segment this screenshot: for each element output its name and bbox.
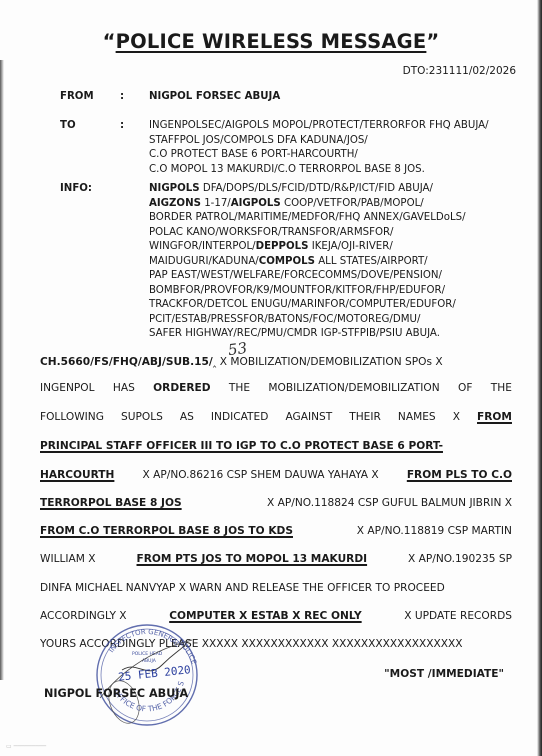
- scanner-watermark-icon: ▭ ─────────: [6, 743, 46, 750]
- document-page: “POLICE WIRELESS MESSAGE” DTO:231111/02/…: [0, 0, 542, 756]
- signatory-name: NIGPOL FORSEC ABUJA: [44, 687, 188, 700]
- message-line: HARCOURTH X AP/NO.86216 CSP SHEM DAUWA Y…: [40, 469, 512, 481]
- message-line: INGENPOLHASORDEREDTHEMOBILIZATION/DEMOBI…: [40, 382, 512, 394]
- svg-text:ABUJA: ABUJA: [142, 658, 157, 664]
- info-line: AIGZONS 1-17/AIGPOLS COOP/VETFOR/PAB/MOP…: [149, 197, 529, 212]
- from-label: FROM: [60, 90, 120, 105]
- message-line: FOLLOWINGSUPOLSASINDICATEDAGAINSTTHEIRNA…: [40, 411, 512, 423]
- to-line: INGENPOLSEC/AIGPOLS MOPOL/PROTECT/TERROR…: [149, 119, 529, 134]
- message-line: FROM C.O TERRORPOL BASE 8 JOS TO KDS X A…: [40, 525, 512, 537]
- info-line: WINGFOR/INTERPOL/DEPPOLS IKEJA/OJI-RIVER…: [149, 240, 529, 255]
- message-line: WILLIAM X FROM PTS JOS TO MOPOL 13 MAKUR…: [40, 553, 512, 565]
- info-line: SAFER HIGHWAY/REC/PMU/CMDR IGP-STFPIB/PS…: [149, 327, 529, 342]
- info-line: NIGPOLS DFA/DOPS/DLS/FCID/DTD/R&P/ICT/FI…: [149, 182, 529, 197]
- message-line: ACCORDINGLY X COMPUTER X ESTAB X REC ONL…: [40, 610, 512, 622]
- priority-label: "MOST /IMMEDIATE": [384, 668, 504, 680]
- message-line: TERRORPOL BASE 8 JOS X AP/NO.118824 CSP …: [40, 497, 512, 509]
- info-line: POLAC KANO/WORKSFOR/TRANSFOR/ARMSFOR/: [149, 226, 529, 241]
- info-line: PAP EAST/WEST/WELFARE/FORCECOMMS/DOVE/PE…: [149, 269, 529, 284]
- info-label: INFO:: [60, 182, 120, 197]
- document-title: “POLICE WIRELESS MESSAGE”: [0, 30, 542, 53]
- info-line: BORDER PATROL/MARITIME/MEDFOR/FHQ ANNEX/…: [149, 211, 529, 226]
- to-label: TO: [60, 119, 120, 134]
- svg-text:POLICE HEAD: POLICE HEAD: [132, 651, 163, 657]
- dto-reference: DTO:231111/02/2026: [403, 65, 516, 77]
- stamp-date: 25 FEB 2020: [118, 663, 192, 684]
- to-colon: :: [120, 119, 124, 134]
- scan-shadow-right: [537, 0, 542, 756]
- info-line: MAIDUGURI/KADUNA/COMPOLS ALL STATES/AIRP…: [149, 255, 529, 270]
- scan-shadow-left: [0, 60, 4, 680]
- to-line: C.O MOPOL 13 MAKURDI/C.O TERRORPOL BASE …: [149, 163, 529, 178]
- info-line: BOMBFOR/PROVFOR/K9/MOUNTFOR/KITFOR/FHP/E…: [149, 284, 529, 299]
- info-recipients: NIGPOLS DFA/DOPS/DLS/FCID/DTD/R&P/ICT/FI…: [149, 182, 529, 342]
- from-value: NIGPOL FORSEC ABUJA: [149, 90, 529, 105]
- to-line: C.O PROTECT BASE 6 PORT-HARCOURTH/: [149, 148, 529, 163]
- from-colon: :: [120, 90, 124, 105]
- message-line: DINFA MICHAEL NANVYAP X WARN AND RELEASE…: [40, 582, 512, 594]
- info-line: PCIT/ESTAB/PRESSFOR/BATONS/FOC/MOTOREG/D…: [149, 313, 529, 328]
- to-line: STAFFPOL JOS/COMPOLS DFA KADUNA/JOS/: [149, 134, 529, 149]
- info-line: TRACKFOR/DETCOL ENUGU/MARINFOR/COMPUTER/…: [149, 298, 529, 313]
- message-line: YOURS ACCORDINGLY PLEASE XXXXX XXXXXXXXX…: [40, 638, 512, 650]
- message-line: PRINCIPAL STAFF OFFICER III TO IGP TO C.…: [40, 440, 512, 452]
- message-line: CH.5660/FS/FHQ/ABJ/SUB.15/‸ X MOBILIZATI…: [40, 356, 512, 368]
- to-recipients: INGENPOLSEC/AIGPOLS MOPOL/PROTECT/TERROR…: [149, 119, 529, 177]
